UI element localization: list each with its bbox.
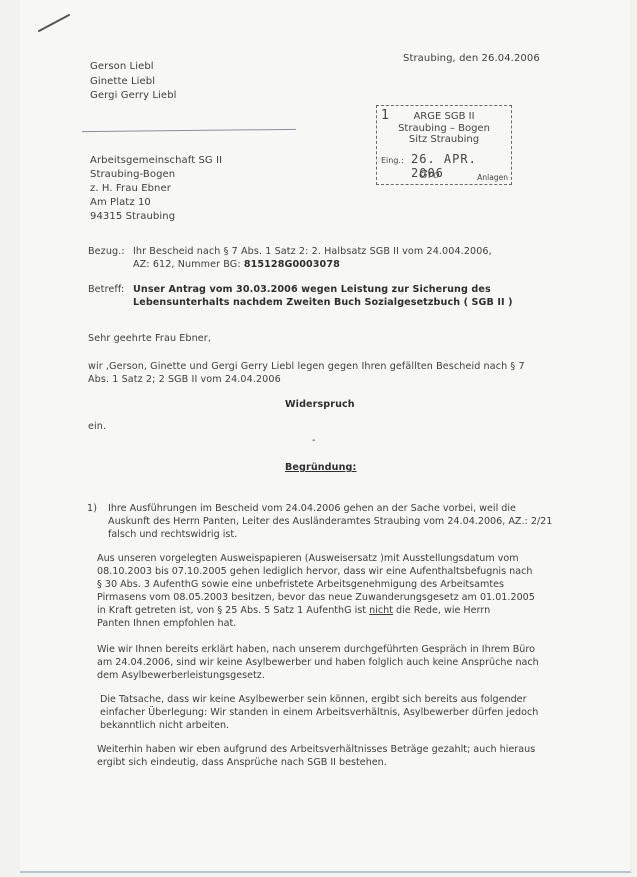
- paragraph-line: § 30 Abs. 3 AufenthG sowie eine unbefris…: [97, 578, 535, 591]
- sender-line: Gergi Gerry Liebl: [90, 89, 177, 104]
- paragraph-line: einfacher Überlegung: Wir standen in ein…: [100, 706, 538, 719]
- contributions-paragraph: Weiterhin haben wir eben aufgrund des Ar…: [97, 743, 535, 769]
- reference-label: Bezug.:: [88, 245, 125, 258]
- asylum-paragraph: Wie wir Ihnen bereits erklärt haben, nac…: [97, 643, 539, 682]
- paragraph-line: Die Tatsache, dass wir keine Asylbewerbe…: [100, 693, 538, 706]
- objection-heading: Widerspruch: [285, 398, 355, 411]
- recipient-line: Am Platz 10: [90, 196, 222, 210]
- paragraph-line: Aus unseren vorgelegten Ausweispapieren …: [97, 552, 535, 565]
- paragraph-line: Pirmasens vom 08.05.2003 besitzen, bevor…: [97, 591, 535, 604]
- text-span: die Rede, wie Herrn: [393, 605, 490, 616]
- sender-line: Ginette Liebl: [90, 75, 177, 90]
- paragraph-line: am 24.04.2006, sind wir keine Asylbewerb…: [97, 656, 539, 669]
- employment-paragraph: Die Tatsache, dass wir keine Asylbewerbe…: [100, 693, 538, 732]
- reference-line: AZ: 612, Nummer BG: 815128G0003078: [133, 258, 340, 271]
- stamp-received-label: Eing.:: [381, 156, 404, 165]
- subject-label: Betreff:: [88, 283, 124, 296]
- subject-line: Unser Antrag vom 30.03.2006 wegen Leistu…: [133, 283, 491, 296]
- stamp-seat: Sitz Straubing: [377, 134, 511, 145]
- stamp-signature: Gro: [419, 168, 440, 181]
- paragraph-line: in Kraft getreten ist, von § 25 Abs. 5 S…: [97, 604, 535, 617]
- paragraph-line: Wie wir Ihnen bereits erklärt haben, nac…: [97, 643, 539, 656]
- recipient-line: Straubing-Bogen: [90, 168, 222, 182]
- stamp-region: Straubing – Bogen: [377, 123, 511, 134]
- recipient-line: z. H. Frau Ebner: [90, 182, 222, 196]
- paragraph-line: Weiterhin haben wir eben aufgrund des Ar…: [97, 743, 535, 756]
- reference-case-prefix: AZ: 612, Nummer BG:: [133, 259, 244, 270]
- paragraph-line: Ihre Ausführungen im Bescheid vom 24.04.…: [108, 502, 552, 515]
- paragraph-line: ergibt sich eindeutig, dass Ansprüche na…: [97, 756, 535, 769]
- paragraph-line: falsch und rechtswidrig ist.: [108, 528, 552, 541]
- subject-line: Lebensunterhalts nachdem Zweiten Buch So…: [133, 296, 513, 309]
- paragraph-line: Panten Ihnen empfohlen hat.: [97, 617, 535, 630]
- paragraph-line: dem Asylbewerberleistungsgesetz.: [97, 669, 539, 682]
- date-line: Straubing, den 26.04.2006: [403, 52, 540, 65]
- reference-case-number: 815128G0003078: [244, 259, 340, 270]
- intro-line: wir ,Gerson, Ginette und Gergi Gerry Lie…: [88, 360, 525, 373]
- emphasis-nicht: nicht: [369, 605, 393, 616]
- salutation: Sehr geehrte Frau Ebner,: [88, 332, 211, 345]
- reason-number: 1): [87, 502, 97, 515]
- intro-line: Abs. 1 Satz 2; 2 SGB II vom 24.04.2006: [88, 373, 281, 386]
- sender-line: Gerson Liebl: [90, 60, 177, 75]
- paragraph-line: bekanntlich nicht arbeiten.: [100, 719, 538, 732]
- recipient-line: 94315 Straubing: [90, 210, 222, 224]
- sender-address: Gerson Liebl Ginette Liebl Gergi Gerry L…: [90, 60, 177, 104]
- text-span: in Kraft getreten ist, von § 25 Abs. 5 S…: [97, 605, 369, 616]
- paragraph-line: Auskunft des Herrn Panten, Leiter des Au…: [108, 515, 552, 528]
- recipient-address: Arbeitsgemeinschaft SG II Straubing-Boge…: [90, 154, 222, 224]
- objection-suffix: ein.: [88, 420, 106, 433]
- stamp-office: ARGE SGB II: [377, 111, 511, 122]
- paragraph-line: 08.10.2003 bis 07.10.2005 gehen lediglic…: [97, 565, 535, 578]
- received-stamp: 1 ARGE SGB II Straubing – Bogen Sitz Str…: [376, 105, 512, 185]
- stamp-attachments-label: Anlagen: [477, 173, 508, 182]
- dash-mark: -: [312, 434, 316, 447]
- reasons-heading: Begründung:: [285, 461, 356, 474]
- recipient-line: Arbeitsgemeinschaft SG II: [90, 154, 222, 168]
- reason-paragraph: Ihre Ausführungen im Bescheid vom 24.04.…: [108, 502, 552, 541]
- reference-line: Ihr Bescheid nach § 7 Abs. 1 Satz 2: 2. …: [133, 245, 492, 258]
- id-documents-paragraph: Aus unseren vorgelegten Ausweispapieren …: [97, 552, 535, 630]
